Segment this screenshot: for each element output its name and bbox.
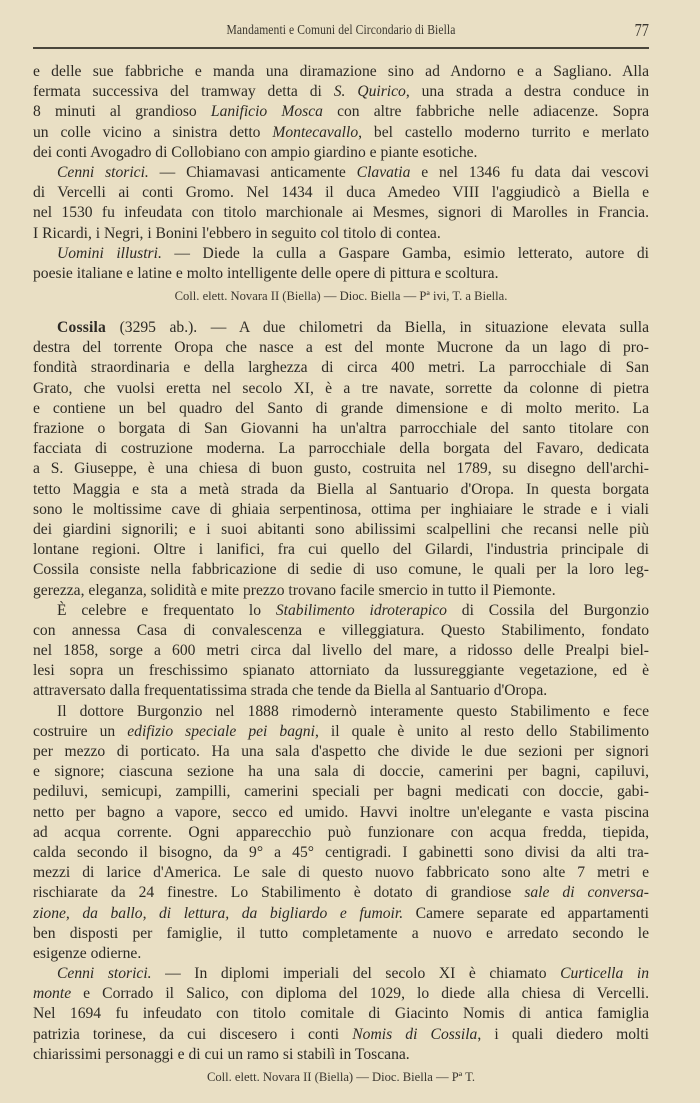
italic-term: Nomis di Cossila	[352, 1026, 477, 1043]
text-line: Grato, che vuolsi eretta nel secolo XI, …	[33, 379, 649, 399]
text-line: con annessa Casa di convalescenza e vill…	[33, 621, 649, 641]
text-line: Nel 1694 fu infeudato con titolo comital…	[33, 1004, 649, 1024]
text-line: frazione o borgata di San Giovanni ha un…	[33, 419, 649, 439]
text-line: lontane regioni. Oltre i lanifici, fra c…	[33, 540, 649, 560]
text-line: Uomini illustri. — Diede la culla a Gasp…	[33, 244, 649, 264]
text-line: pediluvi, semicupi, zampilli, camerini s…	[33, 782, 649, 802]
text-line: Cenni storici. — In diplomi imperiali de…	[33, 964, 649, 984]
text-line: Cenni storici. — Chiamavasi anticamente …	[33, 163, 649, 183]
text-line: e delle sue fabbriche e manda una dirama…	[33, 62, 649, 82]
italic-term: sale di conversa-	[524, 884, 649, 901]
italic-term: zione, da ballo, di lettura, da bigliard…	[33, 905, 403, 922]
italic-term: Cenni storici.	[57, 164, 149, 181]
italic-term: S. Quirico	[334, 83, 406, 100]
text-line: e signore; ciascuna sezione ha una sala …	[33, 762, 649, 782]
text-line: di Vercelli ai conti Gromo. Nel 1434 il …	[33, 183, 649, 203]
italic-term: Stabilimento idroterapico	[276, 602, 447, 619]
text-line: poesie italiane e latine e molto intelli…	[33, 264, 649, 284]
text-line: calda secondo il bisogno, da 9° a 45° ce…	[33, 843, 649, 863]
text-line: Cossila (3295 ab.). — A due chilometri d…	[33, 318, 649, 338]
text-line: Cossila consiste nella fabbricazione di …	[33, 560, 649, 580]
book-page: Mandamenti e Comuni del Circondario di B…	[33, 0, 649, 1103]
section-previous-commune: e delle sue fabbriche e manda una dirama…	[33, 62, 649, 284]
text-line: un colle vicino a sinistra detto Monteca…	[33, 123, 649, 143]
italic-term: Uomini illustri.	[57, 245, 162, 262]
italic-term: monte	[33, 985, 71, 1002]
text-line: dei giardini signorili; e i suoi abitant…	[33, 520, 649, 540]
text-line: gerezza, eleganza, solidità e mite prezz…	[33, 581, 649, 601]
text-line: zione, da ballo, di lettura, da bigliard…	[33, 904, 649, 924]
text-line: facciata di costruzione moderna. La parr…	[33, 439, 649, 459]
text-line: fermata successiva del tramway detta di …	[33, 82, 649, 102]
italic-term: Clavatia	[357, 164, 411, 181]
text-line: rischiarate da 24 finestre. Lo Stabilime…	[33, 883, 649, 903]
colofon-cossila: Coll. elett. Novara II (Biella) — Dioc. …	[33, 1065, 649, 1091]
running-title: Mandamenti e Comuni del Circondario di B…	[76, 22, 606, 38]
header-rule	[33, 47, 649, 49]
italic-term: edifizio speciale pei bagni	[127, 723, 315, 740]
text-line: mezzi di larice d'America. Le sale di qu…	[33, 863, 649, 883]
text-line: attraversato dalla frequentatissima stra…	[33, 681, 649, 701]
text-line: a S. Giuseppe, è una chiesa di buon gust…	[33, 459, 649, 479]
text-line: ad acqua corrente. Ogni apparecchio può …	[33, 823, 649, 843]
text-line: netto per bagno a vapore, secco ed umido…	[33, 803, 649, 823]
text-line: tetto Maggia e sta a metà strada da Biel…	[33, 480, 649, 500]
text-line: sono le moltissime cave di ghiaia serpen…	[33, 500, 649, 520]
text-line: nel 1530 fu infeudata con titolo marchio…	[33, 203, 649, 223]
text-line: dei conti Avogadro di Collobiano con amp…	[33, 143, 649, 163]
page-number: 77	[635, 20, 649, 41]
text-line: Il dottore Burgonzio nel 1888 rimodernò …	[33, 702, 649, 722]
text-line: chiarissimi personaggi e di cui un ramo …	[33, 1045, 649, 1065]
text-line: e contiene un bel quadro del Santo di gr…	[33, 399, 649, 419]
entry-heading: Cossila	[57, 319, 106, 336]
running-head: Mandamenti e Comuni del Circondario di B…	[33, 22, 649, 44]
italic-term: Curticella in	[560, 965, 649, 982]
colofon-previous: Coll. elett. Novara II (Biella) — Dioc. …	[33, 284, 649, 310]
text-line: monte e Corrado il Salico, con diploma d…	[33, 984, 649, 1004]
text-line: lesi sopra un freschissimo spianato atto…	[33, 661, 649, 681]
italic-term: Cenni storici.	[57, 965, 152, 982]
text-line: esigenze odierne.	[33, 944, 649, 964]
text-line: È celebre e frequentato lo Stabilimento …	[33, 601, 649, 621]
section-cossila: Cossila (3295 ab.). — A due chilometri d…	[33, 318, 649, 1065]
text-line: I Ricardi, i Negri, i Bonini l'ebbero in…	[33, 224, 649, 244]
text-line: per mezzo di porticato. Ha una sala d'as…	[33, 742, 649, 762]
text-line: nel 1858, sorge a 600 metri circa dal li…	[33, 641, 649, 661]
body-text: e delle sue fabbriche e manda una dirama…	[33, 62, 649, 1091]
italic-term: Montecavallo	[272, 124, 358, 141]
text-line: destra del torrente Oropa che nasce a es…	[33, 338, 649, 358]
text-line: costruire un edifizio speciale pei bagni…	[33, 722, 649, 742]
text-line: patrizia torinese, da cui discesero i co…	[33, 1025, 649, 1045]
text-line: fondità straordinaria e della larghezza …	[33, 358, 649, 378]
text-line: ben disposti per famiglie, il tutto comp…	[33, 924, 649, 944]
text-line: 8 minuti al grandioso Lanificio Mosca co…	[33, 102, 649, 122]
italic-term: Lanificio Mosca	[211, 103, 323, 120]
